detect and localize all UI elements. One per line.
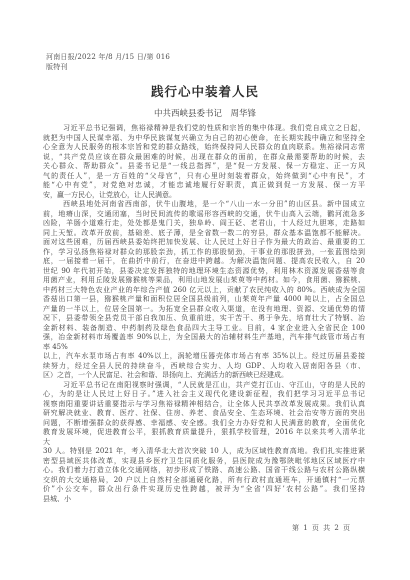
- page-number-footer: 第 1 页 共 2 页: [292, 523, 351, 533]
- body-line: 心。我们着力打造立体化交通网络，初步形成了铁路、高速公路、国省干线公路与农村公路…: [43, 466, 365, 476]
- body-line: 香菇出口第一县，猕猴桃产量和面积位居全国县级前列，山茱萸年产量 4000 吨以上…: [43, 295, 365, 305]
- body-line: 产量的一半以上，位居全国第一。为拓宽全县群众收入渠道，在没有地理、资源、交通优势…: [43, 305, 365, 315]
- body-line: 安，赢一方民心，让党放心，让人民满意。: [43, 191, 365, 201]
- article-body: 习近平总书记强调，焦裕禄精神是我们党的性质和宗旨的集中体现。我们党自成立之日起，…: [43, 124, 365, 504]
- body-line: 中药材三大特色农业产业的年综合产值 260 亿元以上，贡献了农民纯收入的 80%…: [43, 286, 365, 296]
- body-line: 况下，县委带领全县党员干部自我加压、负重前进，实干苦干、勇于争先，培育壮大了特钢…: [43, 314, 365, 324]
- body-line: 前，地瘠山深，交通闭塞，当时民间流传的歌谣形容西峡的交通，伏牛山高入云端，鹳河流…: [43, 210, 365, 220]
- body-line: 底，一届接着一届干，在曲折中前行，在奋进中跨越。为解决温饱问题、提高农民收入，自…: [43, 257, 365, 267]
- source-header-line-1: 河南日报/2022 年/8 月/15 日/第 016: [46, 53, 170, 63]
- body-line: 金新材料、装备制造、中药制药及绿色食品四大主导工业。目前，4 家企业进入全省民企…: [43, 324, 365, 334]
- body-line: 30 人。特别是 2021 年，考入清华北大首次突破 10 人，成为区域性教育高…: [43, 447, 365, 457]
- body-line: 心，为的是让人民过上好日子。”进入社会主义现代化建设新征程，我们把学习习近平总书…: [43, 390, 365, 400]
- article-title: 践行心中装着人民: [0, 82, 410, 100]
- body-line: 世纪 90 年代初开始，县委决定发挥独特的地理环境生态资源优势，利用林木资源发展…: [43, 267, 365, 277]
- body-line: 县城、小: [43, 495, 365, 505]
- body-line: 能“心中有党”，对党绝对忠诚，才能忠诚地履行好职责，真正做到促一方发展、保一方平: [43, 181, 365, 191]
- body-line: 大: [43, 438, 365, 448]
- body-line: 研究解决就业、教育、医疗、社保、住房、养老、食品安全、生态环境、社会治安等方面的…: [43, 409, 365, 419]
- body-line: 问题，不断增强群众的获得感、幸福感、安全感。我们全力办好党和人民满意的教育，全面…: [43, 419, 365, 429]
- body-line: 凶险，羊肠小道难行走，处处都是鬼门关，独阜岭、阎王砭、老君山，十人经过九胆寒，走…: [43, 219, 365, 229]
- body-line: 区）之首，一个人民富足、社会和谐、昂扬向上、充满活力的新西峡已经建成。: [43, 371, 365, 381]
- body-line: 面对这些困难，历届西峡县委始终把加快发展、让人民过上好日子作为最大的政治、最重要…: [43, 238, 365, 248]
- body-line: 习近平总书记强调，焦裕禄精神是我们党的性质和宗旨的集中体现。我们党自成立之日起，: [43, 124, 365, 134]
- body-line: 交织的大交通格局，20 户以上自然村全部通硬化路，所有行政村直通班车，开通镇村“…: [43, 476, 365, 486]
- body-line: 作，学习弘扬焦裕禄对群众的那股亲劲，抓工作的那股韧劲，干事业的那股拼劲，一张蓝图…: [43, 248, 365, 258]
- body-line: 用菌产业，利用丘陵发展猕猴桃等果品，利用山地发展山茱萸等中药材。如今，食用菌、猕…: [43, 276, 365, 286]
- body-line: 气的责任人”，是一方百姓的“父母官”，只有心里时刻装着群众，始终做到“心中有民”…: [43, 172, 365, 182]
- body-line: 价”小公交车，群众出行条件实现历史性跨越，被评为“全省‘四好’农村公路”。我们坚…: [43, 485, 365, 495]
- body-line: 习近平总书记在南阳视察时强调，“人民就是江山，共产党打江山、守江山，守的是人民的: [43, 381, 365, 391]
- body-line: 就把为中国人民谋幸福、为中华民族谋复兴确立为自己的初心使命，在长期实践中确立和坚…: [43, 134, 365, 144]
- body-line: 同上天堑。改革开放前，基础差、底子薄，是全省数一数二的穷县，群众基本温饱都不能解…: [43, 229, 365, 239]
- body-line: 说，“共产党员应该在群众最困难的时候，出现在群众的面前，在群众最需要帮助的时候，…: [43, 153, 365, 163]
- body-line: 续努力，经过全县人民的持续奋斗，西峡综合实力、人均 GDP、人均收入居南阳各县（…: [43, 362, 365, 372]
- article-byline: 中共西峡县委书记 周华锋: [0, 107, 410, 119]
- body-line: 率 45%: [43, 343, 365, 353]
- source-header-line-2: 版特刊: [46, 63, 170, 73]
- body-line: 视察南阳重要讲话重要指示与学习焦裕禄精神相结合，让全体人民共享改革发展成果。我们…: [43, 400, 365, 410]
- body-line: 西峡县地处河南省西南部，伏牛山腹地，是一个“八山一水一分田”的山区县。新中国成立: [43, 200, 365, 210]
- body-line: 强，冶金新材料市场覆盖率 90%以上，为全国最大的冶辅材料生产基地，汽车排气歧管…: [43, 333, 365, 343]
- body-line: 教育发展环境，促进教育公平，狠抓教育质量提升，狠抓学校管理，2016 年以来共考…: [43, 428, 365, 438]
- body-line: 关心群众、帮助群众”。县委书记是“一线总指挥”，是“促一方发展、保一方稳定、正一…: [43, 162, 365, 172]
- body-line: 密型县域医共体改革，实现县乡医疗卫生同质化服务，县医院成为豫鄂陕毗邻地区区域医疗…: [43, 457, 365, 467]
- body-line: 以上，汽车水泵市场占有率 40%以上，涡轮增压器壳体市场占有率 35%以上。经过…: [43, 352, 365, 362]
- document-page: 河南日报/2022 年/8 月/15 日/第 016 版特刊 践行心中装着人民 …: [0, 0, 410, 580]
- body-line: 心全意为人民服务的根本宗旨和党的群众路线，始终保持同人民群众的血肉联系。焦裕禄同…: [43, 143, 365, 153]
- source-header: 河南日报/2022 年/8 月/15 日/第 016 版特刊: [46, 53, 170, 72]
